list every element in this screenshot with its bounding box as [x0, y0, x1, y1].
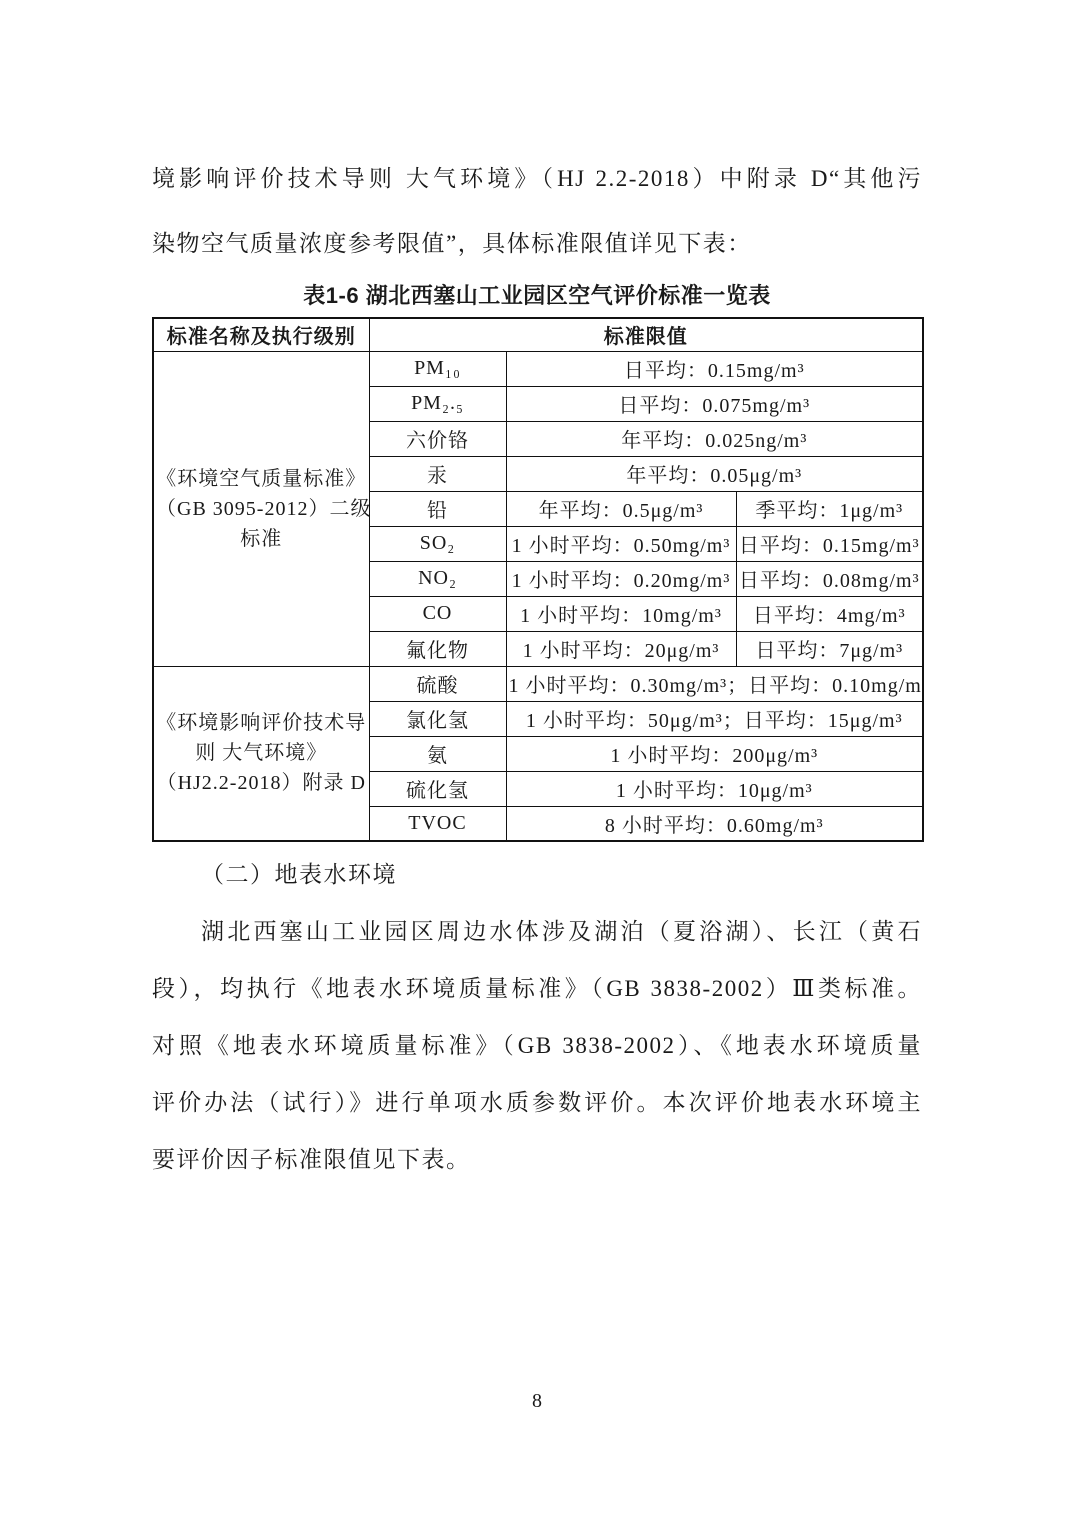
standard-name-line: （GB 3095-2012）二级 — [156, 494, 367, 524]
limit-cell: 1 小时平均：0.30mg/m³；日平均：0.10mg/m³ — [506, 666, 923, 701]
paragraph-line: 段），均执行《地表水环境质量标准》（GB 3838-2002）Ⅲ类标准。 — [152, 960, 922, 1017]
intro-line: 染物空气质量浓度参考限值”，具体标准限值详见下表： — [152, 211, 922, 276]
standard-name-line: 则 大气环境》 — [156, 738, 367, 768]
page-content: 境影响评价技术导则 大气环境》（HJ 2.2-2018）中附录 D“其他污 染物… — [152, 0, 922, 1188]
limit-cell-1: 1 小时平均：20μg/m³ — [506, 631, 736, 666]
limit-cell: 日平均：0.075mg/m³ — [506, 386, 923, 421]
limit-cell: 年平均：0.05μg/m³ — [506, 456, 923, 491]
paragraph-line: 湖北西塞山工业园区周边水体涉及湖泊（夏浴湖）、长江（黄石 — [152, 903, 922, 960]
col-header-limit: 标准限值 — [369, 318, 923, 351]
limit-cell: 1 小时平均：10μg/m³ — [506, 771, 923, 806]
pollutant-cell: TVOC — [369, 806, 506, 841]
pollutant-cell: NO₂ — [369, 561, 506, 596]
limit-cell: 日平均：0.15mg/m³ — [506, 351, 923, 386]
limit-cell-2: 日平均：0.08mg/m³ — [736, 561, 923, 596]
intro-paragraph: 境影响评价技术导则 大气环境》（HJ 2.2-2018）中附录 D“其他污 染物… — [152, 146, 922, 276]
page-number: 8 — [0, 1390, 1074, 1413]
limit-cell-2: 日平均：4mg/m³ — [736, 596, 923, 631]
limit-cell: 1 小时平均：50μg/m³；日平均：15μg/m³ — [506, 701, 923, 736]
limit-cell-1: 1 小时平均：0.50mg/m³ — [506, 526, 736, 561]
pollutant-cell: 六价铬 — [369, 421, 506, 456]
limit-cell: 8 小时平均：0.60mg/m³ — [506, 806, 923, 841]
col-header-standard-name: 标准名称及执行级别 — [153, 318, 369, 351]
pollutant-cell: PM₁₀ — [369, 351, 506, 386]
document-page: 境影响评价技术导则 大气环境》（HJ 2.2-2018）中附录 D“其他污 染物… — [0, 0, 1074, 1520]
standard-name-line: （HJ2.2-2018）附录 D — [156, 768, 367, 798]
pollutant-cell: 铅 — [369, 491, 506, 526]
limit-cell-1: 1 小时平均：0.20mg/m³ — [506, 561, 736, 596]
air-standards-table: 标准名称及执行级别 标准限值 《环境空气质量标准》 （GB 3095-2012）… — [152, 317, 924, 842]
section-heading: （二）地表水环境 — [152, 846, 922, 903]
limit-cell-2: 季平均：1μg/m³ — [736, 491, 923, 526]
paragraph-line: 要评价因子标准限值见下表。 — [152, 1131, 922, 1188]
intro-line: 境影响评价技术导则 大气环境》（HJ 2.2-2018）中附录 D“其他污 — [152, 146, 922, 211]
surface-water-section: （二）地表水环境 湖北西塞山工业园区周边水体涉及湖泊（夏浴湖）、长江（黄石 段）… — [152, 846, 922, 1188]
standard-name-line: 标准 — [156, 524, 367, 554]
pollutant-cell: 氨 — [369, 736, 506, 771]
limit-cell-2: 日平均：7μg/m³ — [736, 631, 923, 666]
pollutant-cell: 硫化氢 — [369, 771, 506, 806]
limit-cell: 1 小时平均：200μg/m³ — [506, 736, 923, 771]
pollutant-cell: SO₂ — [369, 526, 506, 561]
pollutant-cell: 氯化氢 — [369, 701, 506, 736]
pollutant-cell: 汞 — [369, 456, 506, 491]
limit-cell-1: 年平均：0.5μg/m³ — [506, 491, 736, 526]
pollutant-cell: 氟化物 — [369, 631, 506, 666]
pollutant-cell: PM₂.₅ — [369, 386, 506, 421]
paragraph-line: 对照《地表水环境质量标准》（GB 3838-2002）、《地表水环境质量 — [152, 1017, 922, 1074]
limit-cell-2: 日平均：0.15mg/m³ — [736, 526, 923, 561]
standard-name-line: 《环境影响评价技术导 — [156, 708, 367, 738]
limit-cell-1: 1 小时平均：10mg/m³ — [506, 596, 736, 631]
table-header-row: 标准名称及执行级别 标准限值 — [153, 318, 923, 351]
pollutant-cell: CO — [369, 596, 506, 631]
standard-name-cell: 《环境空气质量标准》 （GB 3095-2012）二级 标准 — [153, 351, 369, 666]
standard-name-cell: 《环境影响评价技术导 则 大气环境》 （HJ2.2-2018）附录 D — [153, 666, 369, 841]
table-row: 《环境影响评价技术导 则 大气环境》 （HJ2.2-2018）附录 D 硫酸 1… — [153, 666, 923, 701]
paragraph-line: 评价办法（试行）》进行单项水质参数评价。本次评价地表水环境主 — [152, 1074, 922, 1131]
table-row: 《环境空气质量标准》 （GB 3095-2012）二级 标准 PM₁₀ 日平均：… — [153, 351, 923, 386]
pollutant-cell: 硫酸 — [369, 666, 506, 701]
table-caption: 表1-6 湖北西塞山工业园区空气评价标准一览表 — [152, 278, 922, 314]
standard-name-line: 《环境空气质量标准》 — [156, 464, 367, 494]
limit-cell: 年平均：0.025ng/m³ — [506, 421, 923, 456]
